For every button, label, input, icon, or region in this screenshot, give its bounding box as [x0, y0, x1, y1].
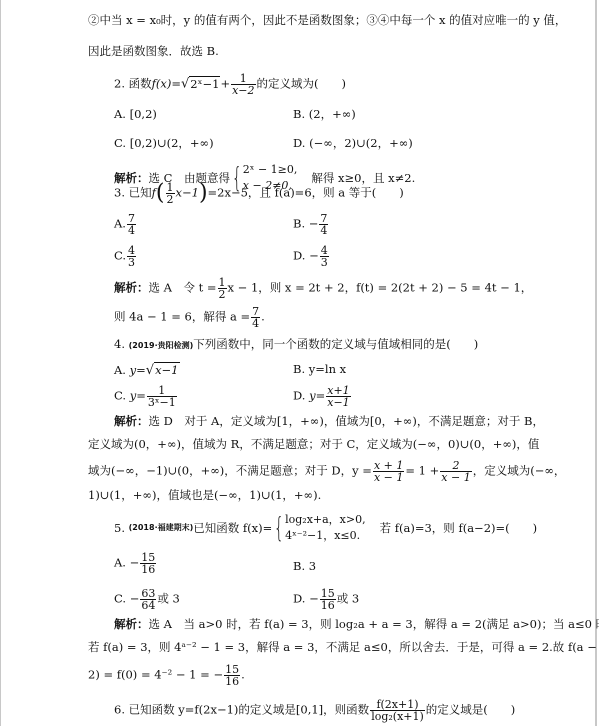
question-4-analysis-line-3: 域为(−∞，−1)∪(0，+∞)，不满足题意；对于 D，y =x + 1x − …	[88, 460, 565, 483]
option-b: B. 3	[293, 559, 316, 573]
sign: −	[309, 249, 319, 263]
analysis-text: = 1 +	[405, 464, 439, 478]
stem-suffix: 若 f(a)=3，则 f(a−2)=( )	[380, 521, 538, 535]
option-label: B.	[293, 362, 305, 376]
fraction: 2x − 1	[440, 460, 471, 483]
function-expression: f(x)=	[152, 77, 181, 91]
sign: −	[309, 592, 319, 606]
fraction: 1516	[224, 664, 240, 687]
denominator: 4	[251, 318, 260, 329]
option-label: B.	[293, 217, 305, 231]
question-number: 4.	[114, 337, 125, 351]
question-2-stem: 2. 函数f(x)=√2ˣ−1+1x−2的定义域为( )	[114, 73, 346, 96]
option-label: D.	[293, 592, 305, 606]
option-text: (−∞，2)∪(2，+∞)	[309, 136, 413, 150]
option-b: B. y=ln x	[293, 362, 346, 376]
analysis-text: 2) = f(0) = 4⁻² − 1 = −	[88, 668, 223, 682]
denominator: x−1	[326, 397, 350, 408]
fraction: 13ˣ−1	[147, 385, 177, 408]
analysis-label: 解析：	[114, 281, 149, 295]
analysis-label: 解析：	[114, 414, 149, 428]
option-b: B. (2，+∞)	[293, 107, 356, 121]
option-d: D. −1516或 3	[293, 588, 359, 611]
option-text: y=	[130, 389, 146, 403]
option-label: A.	[114, 363, 126, 377]
denominator: log₂(x+1)	[370, 711, 425, 722]
sqrt-icon: √	[146, 363, 154, 378]
analysis-text: .	[261, 310, 265, 324]
question-number: 3.	[114, 186, 125, 200]
analysis-text: 选 D 对于 A，定义域为[1，+∞)，值域为[0，+∞)，不满足题意；对于 B…	[149, 414, 544, 428]
denominator: x − 1	[440, 472, 471, 483]
denominator: 4	[319, 225, 328, 236]
analysis-text: x − 1，则 x = 2t + 2，f(t) = 2(2t + 2) − 5 …	[228, 281, 533, 295]
fraction: 1516	[140, 552, 156, 575]
option-label: D.	[293, 249, 305, 263]
analysis-label: 解析：	[114, 617, 149, 631]
sign: −	[130, 556, 140, 570]
fraction: 6364	[140, 588, 156, 611]
question-number: 2.	[114, 77, 125, 91]
fraction: 74	[127, 213, 136, 236]
option-text: y=	[309, 389, 325, 403]
document-page: ②中当 x = x₀时，y 的值有两个，因此不是函数图象；③④中每一个 x 的值…	[0, 0, 597, 726]
analysis-text: 域为(−∞，−1)∪(0，+∞)，不满足题意；对于 D，y =	[88, 464, 372, 478]
option-d: D. y=x+1x−1	[293, 385, 352, 408]
stem-text: 下列函数中，同一个函数的定义域与值域相同的是( )	[193, 337, 478, 351]
question-3-analysis-line-1: 解析：选 A 令 t =12x − 1，则 x = 2t + 2，f(t) = …	[114, 277, 532, 300]
denominator: 16	[224, 676, 240, 687]
denominator: 64	[140, 600, 156, 611]
question-4-analysis-line-1: 解析：选 D 对于 A，定义域为[1，+∞)，值域为[0，+∞)，不满足题意；对…	[114, 414, 544, 428]
question-3-analysis-line-2: 则 4a − 1 = 6，解得 a =74.	[114, 306, 265, 329]
brace-icon: {	[274, 514, 284, 542]
option-label: D.	[293, 389, 305, 403]
sign: −	[130, 592, 140, 606]
option-a: A.74	[114, 213, 137, 236]
fraction: 1516	[320, 588, 336, 611]
denominator: 16	[140, 564, 156, 575]
option-text: [0,2)	[130, 107, 157, 121]
fraction: x+1x−1	[326, 385, 350, 408]
option-c: C. [0,2)∪(2，+∞)	[114, 136, 214, 150]
fraction: x + 1x − 1	[373, 460, 404, 483]
option-label: B.	[293, 107, 305, 121]
fraction: f(2x+1)log₂(x+1)	[370, 699, 425, 722]
stem-text: 已知函数 y=f(2x−1)的定义域是[0,1]，则函数	[129, 703, 370, 717]
option-b: B. −74	[293, 213, 329, 236]
option-label: B.	[293, 559, 305, 573]
question-6-stem: 6. 已知函数 y=f(2x−1)的定义域是[0,1]，则函数f(2x+1)lo…	[114, 699, 515, 722]
option-label: C.	[114, 249, 126, 263]
inner-expression: x−1	[176, 186, 199, 200]
denominator: 3ˣ−1	[147, 397, 177, 408]
denominator: 3	[320, 257, 329, 268]
case-line: 4ˣ⁻²−1，x≤0.	[285, 528, 366, 544]
denominator: 16	[320, 600, 336, 611]
question-5-analysis-line-3: 2) = f(0) = 4⁻² − 1 = −1516.	[88, 664, 245, 687]
option-label: C.	[114, 592, 126, 606]
radicand: 2ˣ−1	[189, 76, 220, 91]
option-text: (2，+∞)	[309, 107, 356, 121]
sign: −	[309, 217, 319, 231]
option-a: A. y=√x−1	[114, 362, 180, 378]
fraction: 1x−2	[231, 73, 255, 96]
option-a: A. [0,2)	[114, 107, 157, 121]
stem-text: 已知函数 f(x)=	[193, 521, 272, 535]
denominator: x − 1	[373, 472, 404, 483]
paren-open-icon: (	[156, 181, 165, 206]
option-text: y=ln x	[309, 362, 346, 376]
denominator: 3	[127, 257, 136, 268]
option-label: A.	[114, 556, 126, 570]
analysis-text: 则 4a − 1 = 6，解得 a =	[114, 310, 250, 324]
radicand: x−1	[154, 362, 179, 377]
option-text: 3	[309, 559, 316, 573]
denominator: 2	[166, 194, 175, 205]
option-d: D. −43	[293, 245, 330, 268]
denominator: 2	[218, 289, 227, 300]
question-3-stem: 3. 已知f(12x−1)=2x−5，且 f(a)=6，则 a 等于( )	[114, 182, 404, 205]
question-number: 5.	[114, 521, 125, 535]
analysis-text: ，定义域为(−∞，	[473, 464, 566, 478]
continuation-line-1: ②中当 x = x₀时，y 的值有两个，因此不是函数图象；③④中每一个 x 的值…	[88, 13, 566, 27]
question-number: 6.	[114, 703, 125, 717]
option-text: y=	[130, 363, 146, 377]
continuation-line-2: 因此是函数图象．故选 B.	[88, 44, 219, 58]
option-text: 或 3	[157, 592, 179, 606]
analysis-text: 选 A 令 t =	[149, 281, 217, 295]
case-line: 2ˣ − 1≥0,	[243, 162, 298, 178]
question-4-analysis-line-4: 1)∪(1，+∞)，值域也是(−∞，1)∪(1，+∞).	[88, 488, 321, 502]
plus-sign: +	[220, 77, 230, 91]
case-line: log₂x+a，x>0,	[285, 512, 366, 528]
option-d: D. (−∞，2)∪(2，+∞)	[293, 136, 413, 150]
fraction: 74	[251, 306, 260, 329]
case-system: log₂x+a，x>0,4ˣ⁻²−1，x≤0.	[285, 512, 366, 544]
question-5-stem: 5. (2018·福建期末)已知函数 f(x)={log₂x+a，x>0,4ˣ⁻…	[114, 512, 537, 544]
stem-suffix: 的定义域是( )	[426, 703, 515, 717]
option-text: 或 3	[337, 592, 359, 606]
option-label: C.	[114, 136, 126, 150]
question-source: (2019·贵阳检测)	[129, 341, 194, 350]
option-label: C.	[114, 389, 126, 403]
fraction: 43	[320, 245, 329, 268]
option-label: A.	[114, 107, 126, 121]
stem-text: 函数	[129, 77, 152, 91]
stem-text: =2x−5，且 f(a)=6，则 a 等于( )	[208, 186, 404, 200]
option-text: [0,2)∪(2，+∞)	[130, 136, 214, 150]
denominator: 4	[127, 225, 136, 236]
option-c: C. −6364或 3	[114, 588, 180, 611]
analysis-text: .	[241, 668, 245, 682]
fraction: 74	[319, 213, 328, 236]
question-5-analysis-line-1: 解析：选 A 当 a>0 时，若 f(a) = 3，则 log₂a + a = …	[114, 617, 599, 631]
option-a: A. −1516	[114, 552, 157, 575]
question-5-analysis-line-2: 若 f(a) = 3，则 4ᵃ⁻² − 1 = 3，解得 a = 3，不满足 a…	[88, 640, 597, 654]
option-c: C.43	[114, 245, 137, 268]
stem-suffix: 的定义域为( )	[257, 77, 346, 91]
stem-text: 已知	[129, 186, 152, 200]
sqrt-icon: √	[181, 77, 189, 92]
fraction: 12	[166, 182, 175, 205]
paren-close-icon: )	[199, 181, 208, 206]
analysis-text: 选 A 当 a>0 时，若 f(a) = 3，则 log₂a + a = 3，解…	[149, 617, 599, 631]
option-label: D.	[293, 136, 305, 150]
option-c: C. y=13ˣ−1	[114, 385, 178, 408]
question-4-analysis-line-2: 定义域为(0，+∞)，值域为 R，不满足题意；对于 C，定义域为(−∞，0)∪(…	[88, 437, 539, 451]
question-source: (2018·福建期末)	[129, 523, 194, 532]
question-4-stem: 4. (2019·贵阳检测)下列函数中，同一个函数的定义域与值域相同的是( )	[114, 337, 478, 353]
fraction: 43	[127, 245, 136, 268]
denominator: x−2	[231, 85, 255, 96]
fraction: 12	[218, 277, 227, 300]
option-label: A.	[114, 217, 126, 231]
